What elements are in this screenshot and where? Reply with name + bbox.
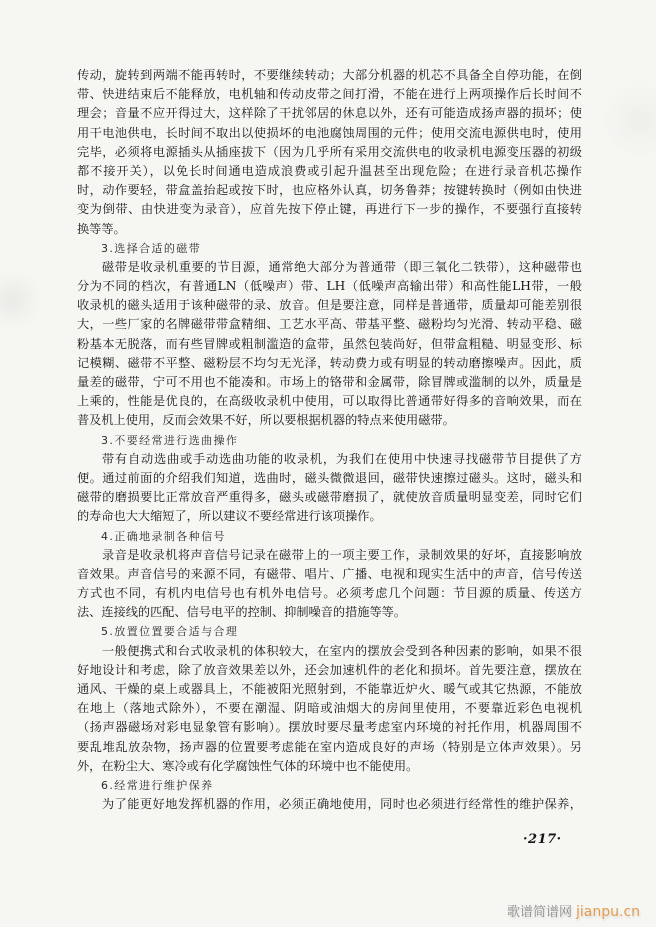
text-line: 收录机的磁头适用于该种磁带的录、放音。但是要注意，同样是普通带，质量却可能差别很 [77, 296, 582, 315]
section-maintenance: 6.经常进行维护保养 为了能更好地发挥机器的作用，必须正确地使用，同时也必须进行… [77, 776, 582, 814]
text-line: 变为倒带、由快进变为录音），应首先按下停止键，再进行下一步的操作，不要强行直接转 [77, 200, 582, 219]
text-line: 外，在粉尘大、寒冷或有化学腐蚀性气体的环境中也不能使用。 [77, 757, 582, 776]
text-line: 方式也不同，有机内电信号也有机外电信号。必须考虑几个问题：节目源的质量、传送方 [77, 584, 582, 603]
text-line: 都不接开关），以免长时间通电造成浪费或引起升温甚至出现危险；在进行录音机芯操作 [77, 162, 582, 181]
text-line: 传动，旋转到两端不能再转时，不要继续转动；大部分机器的机芯不具备全自停功能，在倒 [77, 66, 582, 85]
section-heading: 6.经常进行维护保养 [77, 776, 582, 795]
text-line: 理会；音量不应开得过大，这样除了干扰邻居的休息以外，还有可能造成扬声器的损坏；使 [77, 104, 582, 123]
text-line: 为了能更好地发挥机器的作用，必须正确地使用，同时也必须进行经常性的维护保养， [77, 795, 582, 814]
text-line: 通风、干燥的桌上或器具上，不能被阳光照射到，不能靠近炉火、暖气或其它热源，不能放 [77, 680, 582, 699]
text-line: 录音是收录机将声音信号记录在磁带上的一项主要工作，录制效果的好坏，直接影响放 [77, 546, 582, 565]
text-line: 带、快进结束后不能释放，电机轴和传动皮带之间打滑，不能在进行上两项操作后长时间不 [77, 85, 582, 104]
text-line: 分为不同的档次，有普通LN（低噪声）带、LH（低噪声高输出带）和高性能LH带，一… [77, 277, 582, 296]
text-line: 音效果。声音信号的来源不同，有磁带、唱片、广播、电视和现实生活中的声音，信号传送 [77, 565, 582, 584]
text-line: 带有自动选曲或手动选曲功能的收录机，为我们在使用中快速寻找磁带节目提供了方 [77, 450, 582, 469]
text-line: 大，一些厂家的名牌磁带带盒精细、工艺水平高、带基平整、磁粉均匀光滑、转动平稳、磁 [77, 315, 582, 334]
text-line: 记模糊、磁带不平整、磁粉层不均匀无光泽，转动费力或有明显的转动磨擦噪声。因此，质 [77, 354, 582, 373]
text-line: 上乘的，性能是优良的，在高级收录机中使用，可以取得比普通带好得多的音响效果，而在 [77, 392, 582, 411]
text-line: 在地上（落地式除外），不要在潮湿、阴暗或油烟大的房间里使用，不要靠近彩色电视机 [77, 699, 582, 718]
text-line: 好地设计和考虑，除了放音效果差以外，还会加速机件的老化和损坏。首先要注意，摆放在 [77, 661, 582, 680]
text-line: 一般便携式和台式收录机的体积较大，在室内的摆放会受到各种因素的影响，如果不很 [77, 642, 582, 661]
text-line: 时，动作要轻，带盒盖抬起或按下时，也应格外认真，切务鲁莽；按键转换时（例如由快进 [77, 181, 582, 200]
text-line: 换等等。 [77, 220, 582, 239]
text-line: 磁带是收录机重要的节目源，通常绝大部分为普通带（即三氧化二铁带），这种磁带也 [77, 258, 582, 277]
section-recording-signals: 4.正确地录制各种信号 录音是收录机将声音信号记录在磁带上的一项主要工作，录制效… [77, 527, 582, 623]
section-track-seeking: 3.不要经常进行选曲操作 带有自动选曲或手动选曲功能的收录机，为我们在使用中快速… [77, 431, 582, 527]
section-placement: 5.放置位置要合适与合理 一般便携式和台式收录机的体积较大，在室内的摆放会受到各… [77, 622, 582, 776]
text-line: 便。通过前面的介绍我们知道，选曲时，磁头微微退回，磁带快速擦过磁头。这时，磁头和 [77, 469, 582, 488]
text-line: 普及机上使用，反而会效果不好，所以要根据机器的特点来使用磁带。 [77, 411, 582, 430]
text-line: 磁带的磨损要比正常放音严重得多，磁头或磁带磨损了，就使放音质量明显变差，同时它们 [77, 488, 582, 507]
watermark-domain: jianpu.cn [576, 904, 640, 920]
text-line: 要乱堆乱放杂物，扬声器的位置要考虑能在室内造成良好的声场（特别是立体声效果）。另 [77, 738, 582, 757]
text-line: 量差的磁带，宁可不用也不能凑和。市场上的铬带和金属带，除冒牌或滥制的以外，质量是 [77, 373, 582, 392]
section-choose-tape: 3.选择合适的磁带 磁带是收录机重要的节目源，通常绝大部分为普通带（即三氧化二铁… [77, 239, 582, 431]
watermark: 歌谱简谱网jianpu.cn [507, 901, 640, 921]
section-heading: 3.不要经常进行选曲操作 [77, 431, 582, 450]
document-body: 传动，旋转到两端不能再转时，不要继续转动；大部分机器的机芯不具备全自停功能，在倒… [77, 66, 582, 814]
text-line: 用干电池供电，长时间不取出以使损坏的电池腐蚀周围的元件；使用交流电源供电时，使用 [77, 124, 582, 143]
intro-paragraph: 传动，旋转到两端不能再转时，不要继续转动；大部分机器的机芯不具备全自停功能，在倒… [77, 66, 582, 239]
text-line: 法、连接线的匹配、信号电平的控制、抑制噪音的措施等等。 [77, 603, 582, 622]
section-heading: 4.正确地录制各种信号 [77, 527, 582, 546]
text-line: 的寿命也大大缩短了，所以建议不要经常进行该项操作。 [77, 507, 582, 526]
page-number: ·217· [523, 832, 562, 847]
text-line: 完毕，必须将电源插头从插座拔下（因为几乎所有采用交流供电的收录机电源变压器的初级 [77, 143, 582, 162]
text-line: （扬声器磁场对彩电显象管有影响）。摆放时要尽量考虑室内环境的衬托作用，机器周围不 [77, 718, 582, 737]
section-heading: 3.选择合适的磁带 [77, 239, 582, 258]
watermark-site-name: 歌谱简谱网 [507, 905, 572, 920]
text-line: 粉基本无脱落，而有些冒牌或粗制滥造的盒带，虽然包装尚好，但带盒粗糙、明显变形、标 [77, 335, 582, 354]
section-heading: 5.放置位置要合适与合理 [77, 622, 582, 641]
